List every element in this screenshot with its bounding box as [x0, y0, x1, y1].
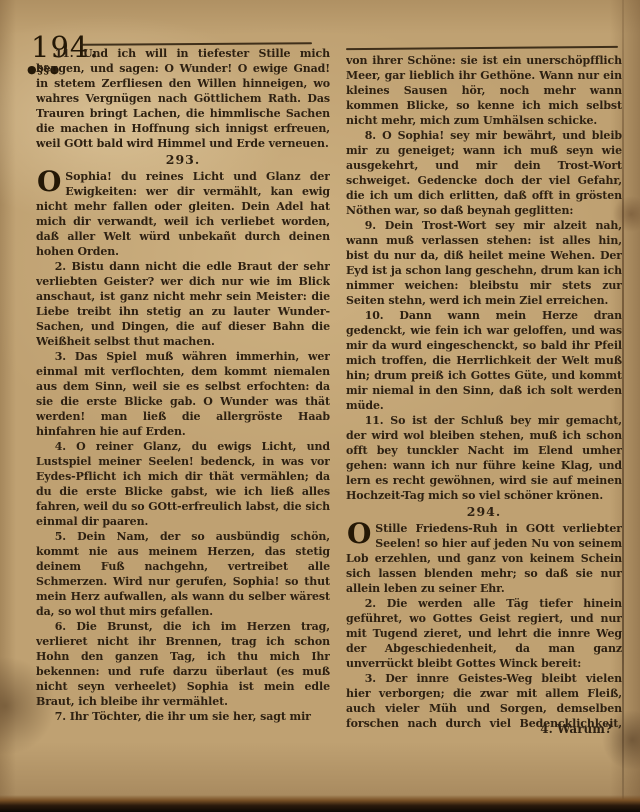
verse-paragraph: 5. Dein Nam, der so ausbündig schön, kom…	[36, 529, 330, 619]
verse-continuation-paragraph: von ihrer Schöne: sie ist ein unerschöpf…	[346, 53, 622, 128]
verse-paragraph: 4. O reiner Glanz, du ewigs Licht, und L…	[36, 439, 330, 529]
verse-paragraph: 8. O Sophia! sey mir bewährt, und bleib …	[346, 128, 622, 218]
verse-paragraph: 7. Ihr Töchter, die ihr um sie her, sagt…	[36, 709, 330, 724]
verse-paragraph: 2. Bistu dann nicht die edle Braut der s…	[36, 259, 330, 349]
hymn-opening-paragraph: OStille Friedens-Ruh in GOtt verliebter …	[346, 521, 622, 596]
hymn-opening-text: Stille Friedens-Ruh in GOtt verliebter S…	[346, 522, 622, 595]
left-text-column: 11. Und ich will in tiefester Stille mic…	[36, 46, 330, 748]
book-bottom-edge	[0, 795, 640, 812]
hymn-number-heading: 293.	[36, 151, 330, 169]
verse-paragraph: 2. Die werden alle Täg tiefer hinein gef…	[346, 596, 622, 671]
verse-paragraph: 11. Und ich will in tiefester Stille mic…	[36, 46, 330, 151]
hymn-opening-text: Sophia! du reines Licht und Glanz der Ew…	[36, 170, 330, 258]
right-text-column: von ihrer Schöne: sie ist ein unerschöpf…	[346, 53, 622, 729]
page-gutter-shadow	[622, 0, 624, 812]
verse-paragraph: 3. Der innre Geistes-Weg bleibt vielen h…	[346, 671, 622, 729]
verse-paragraph: 6. Die Brunst, die ich im Herzen trag, v…	[36, 619, 330, 709]
verse-paragraph: 9. Dein Trost-Wort sey mir alzeit nah, w…	[346, 218, 622, 308]
verse-paragraph: 10. Dann wann mein Herze dran gedenckt, …	[346, 308, 622, 413]
drop-cap-initial: O	[36, 169, 65, 194]
drop-cap-initial: O	[346, 521, 375, 546]
header-rule-right	[346, 46, 618, 50]
catchword: 4. Warum?	[540, 722, 612, 736]
verse-paragraph: 11. So ist der Schluß bey mir gemacht, d…	[346, 413, 622, 503]
verse-paragraph: 3. Das Spiel muß währen immerhin, wer ei…	[36, 349, 330, 439]
hymn-number-heading: 294.	[346, 503, 622, 521]
book-page: 194. ●§§● 11. Und ich will in tiefester …	[0, 0, 640, 812]
hymn-opening-paragraph: OSophia! du reines Licht und Glanz der E…	[36, 169, 330, 259]
